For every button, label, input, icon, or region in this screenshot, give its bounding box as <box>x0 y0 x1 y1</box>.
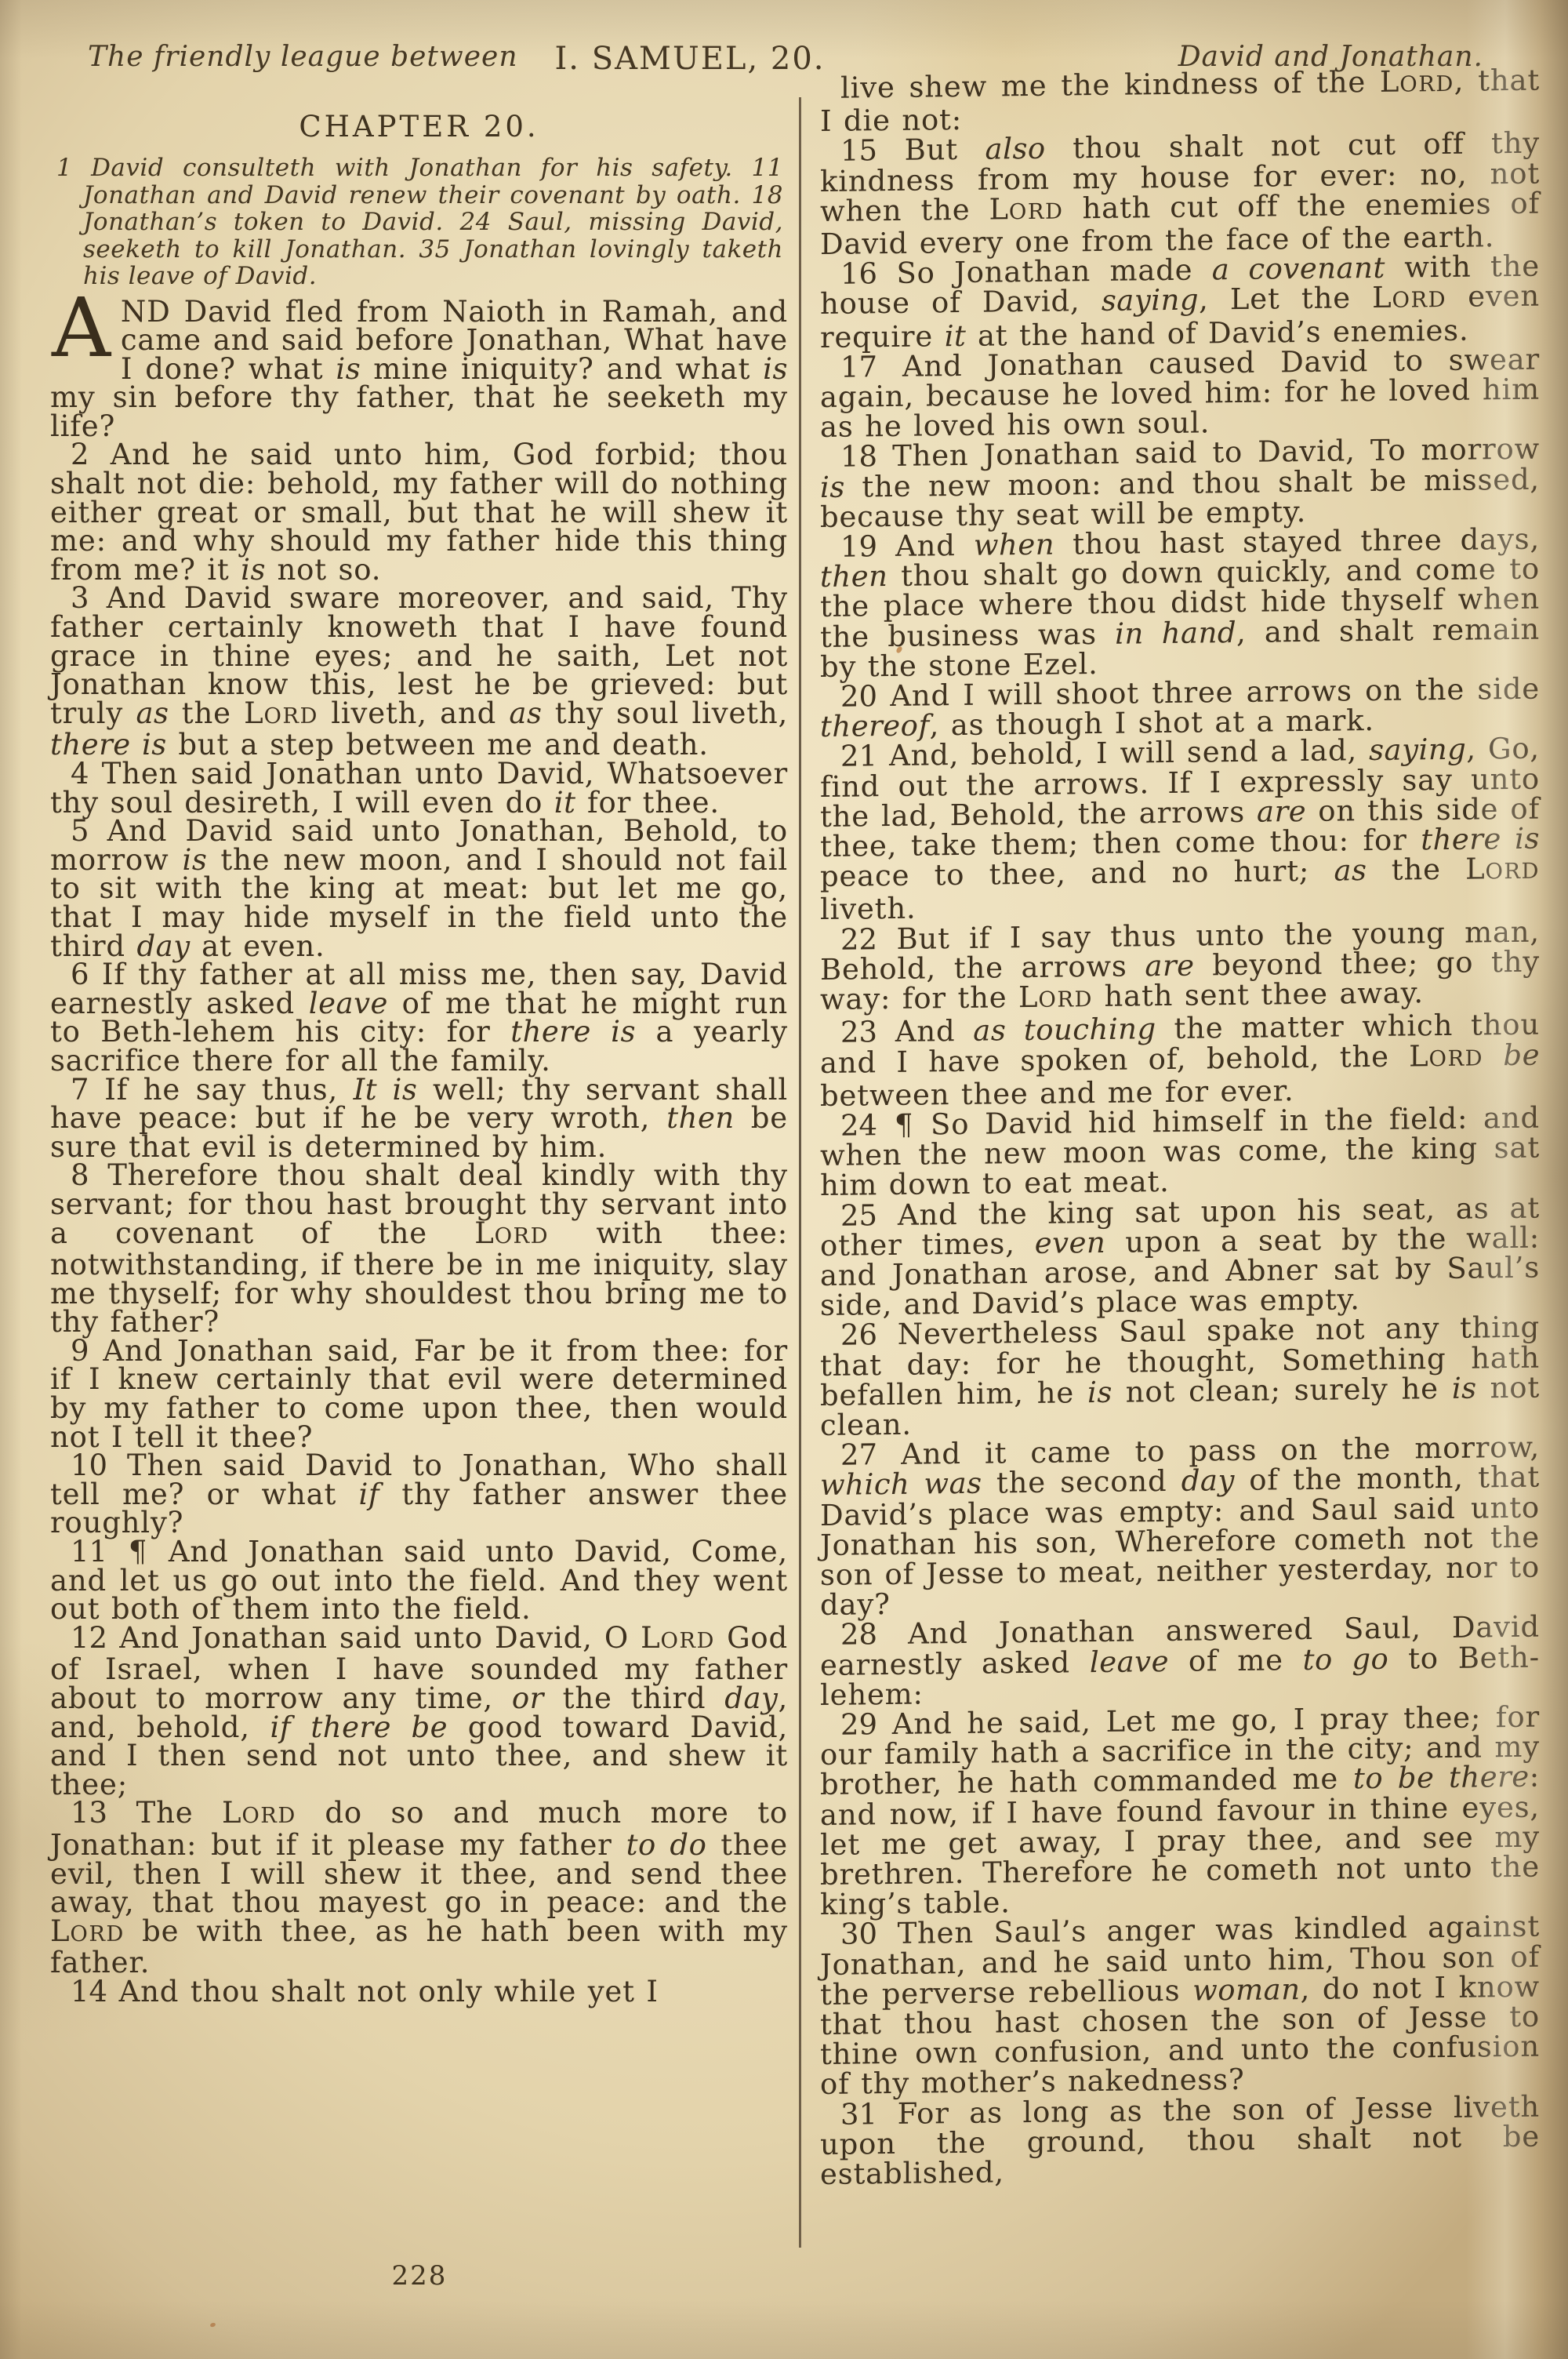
verse-number: 29 <box>840 1707 877 1742</box>
running-head-center: I. SAMUEL, 20. <box>541 41 839 77</box>
verse-27: 27 And it came to pass on the morrow, wh… <box>820 1433 1540 1621</box>
verse-number: 16 <box>840 256 877 291</box>
verse-30: 30 Then Saul’s anger was kindled against… <box>820 1912 1540 2100</box>
verse-10: 10 Then said David to Jonathan, Who shal… <box>50 1452 788 1538</box>
verse-text-left: AND David fled from Naioth in Ramah, and… <box>50 298 788 2007</box>
left-column: CHAPTER 20. 1 David consulteth with Jona… <box>50 99 788 2007</box>
verse-number: 28 <box>840 1618 877 1652</box>
verse-number: 21 <box>840 740 877 774</box>
verse-number: 6 <box>71 958 89 991</box>
verse-29: 29 And he said, Let me go, I pray thee; … <box>820 1703 1540 1921</box>
verse-number: 25 <box>840 1198 877 1233</box>
lord-smallcaps: LORD <box>1372 280 1446 314</box>
verse-13: 13 The LORD do so and much more to Jonat… <box>50 1799 788 1978</box>
verse-3: 3 And David sware moreover, and said, Th… <box>50 584 788 760</box>
verse-number: 27 <box>840 1438 877 1472</box>
verse-number: 13 <box>71 1796 107 1830</box>
verse-6: 6 If thy father at all miss me, then say… <box>50 961 788 1075</box>
chapter-summary: 1 David consulteth with Jonathan for his… <box>83 154 783 290</box>
verse-15: 15 But also thou shalt not cut off thy k… <box>820 129 1540 260</box>
verse-9: 9 And Jonathan said, Far be it from thee… <box>50 1337 788 1452</box>
verse-number: 31 <box>840 2097 877 2132</box>
verse-22: 22 But if I say thus unto the young man,… <box>820 917 1540 1018</box>
verse-number: 30 <box>840 1917 877 1952</box>
pilcrow-mark: ¶ <box>127 1535 149 1568</box>
verse-11: 11 ¶ And Jonathan said unto David, Come,… <box>50 1538 788 1624</box>
verse-number: 24 <box>840 1108 877 1143</box>
verse-8: 8 Therefore thou shalt deal kindly with … <box>50 1161 788 1337</box>
lord-smallcaps: LORD <box>1380 64 1454 99</box>
verse-7: 7 If he say thus, It is well; thy servan… <box>50 1076 788 1162</box>
verse-25: 25 And the king sat upon his seat, as at… <box>820 1193 1540 1321</box>
verse-18: 18 Then Jonathan said to David, To morro… <box>820 434 1540 533</box>
verse-number: 17 <box>840 350 877 384</box>
lord-smallcaps: LORD <box>1409 1038 1483 1073</box>
verse-1-opening: AND David fled from Naioth in Ramah, and… <box>50 298 788 442</box>
lord-smallcaps: LORD <box>989 191 1064 226</box>
verse-number: 20 <box>840 679 877 714</box>
pilcrow-mark: ¶ <box>893 1108 915 1142</box>
verse-number: 7 <box>71 1073 89 1107</box>
verse-number: 23 <box>840 1015 877 1049</box>
verse-24: 24 ¶ So David hid himself in the field: … <box>820 1103 1540 1201</box>
verse-number: 18 <box>840 440 877 474</box>
paper-speck <box>209 2322 216 2328</box>
verse-number: 2 <box>71 438 89 471</box>
verse-number: 4 <box>71 757 89 791</box>
column-divider <box>799 97 801 2248</box>
lord-smallcaps: LORD <box>474 1216 549 1250</box>
verse-14: 14 And thou shalt not only while yet I <box>50 1978 788 2007</box>
verse-26: 26 Nevertheless Saul spake not any thing… <box>820 1313 1540 1441</box>
verse-number: 9 <box>71 1334 89 1368</box>
verse-19: 19 And when thou hast stayed three days,… <box>820 525 1540 682</box>
verse-28: 28 And Jonathan answered Saul, David ear… <box>820 1612 1540 1710</box>
verse-20: 20 And I will shoot three arrows on the … <box>820 674 1540 743</box>
verse-31: 31 For as long as the son of Jesse livet… <box>820 2092 1540 2190</box>
verse-17: 17 And Jonathan caused David to swear ag… <box>820 344 1540 442</box>
lord-smallcaps: LORD <box>222 1796 296 1830</box>
running-head-left: The friendly league between <box>88 41 518 73</box>
scanned-bible-page: The friendly league between I. SAMUEL, 2… <box>0 0 1568 2359</box>
verse-number: 12 <box>71 1621 107 1655</box>
verse-number: 3 <box>71 581 89 615</box>
verse-number: 5 <box>71 814 89 848</box>
lord-smallcaps: LORD <box>50 1914 125 1948</box>
verse-2: 2 And he said unto him, God forbid; thou… <box>50 441 788 584</box>
page-number: 228 <box>341 2260 498 2292</box>
verse-16: 16 So Jonathan made a covenant with the … <box>820 252 1540 353</box>
verse-number: 8 <box>71 1158 89 1192</box>
verse-number: 14 <box>71 1975 107 2008</box>
verse-23: 23 And as touching the matter which thou… <box>820 1010 1540 1111</box>
lord-smallcaps: LORD <box>244 696 318 730</box>
verse-14-continuation: live shew me the kindness of the LORD, t… <box>820 66 1540 137</box>
verse-12: 12 And Jonathan said unto David, O LORD … <box>50 1624 788 1800</box>
right-column: live shew me the kindness of the LORD, t… <box>820 66 1540 2190</box>
verse-number: 11 <box>71 1535 107 1568</box>
verse-text-right: live shew me the kindness of the LORD, t… <box>820 66 1540 2190</box>
verse-number: 10 <box>71 1448 107 1482</box>
lord-smallcaps: LORD <box>641 1621 715 1655</box>
verse-4: 4 Then said Jonathan unto David, Whatsoe… <box>50 760 788 817</box>
drop-cap: A <box>52 300 111 357</box>
verse-number: 15 <box>840 134 877 169</box>
verse-number: 22 <box>840 922 877 957</box>
chapter-heading: CHAPTER 20. <box>50 110 788 144</box>
verse-number: 26 <box>840 1318 877 1352</box>
lord-smallcaps: LORD <box>1018 980 1093 1014</box>
verse-21: 21 And, behold, I will send a lad, sayin… <box>820 734 1540 925</box>
verse-5: 5 And David said unto Jonathan, Behold, … <box>50 817 788 961</box>
verse-number: 19 <box>840 529 877 564</box>
lord-smallcaps: LORD <box>1465 852 1540 886</box>
